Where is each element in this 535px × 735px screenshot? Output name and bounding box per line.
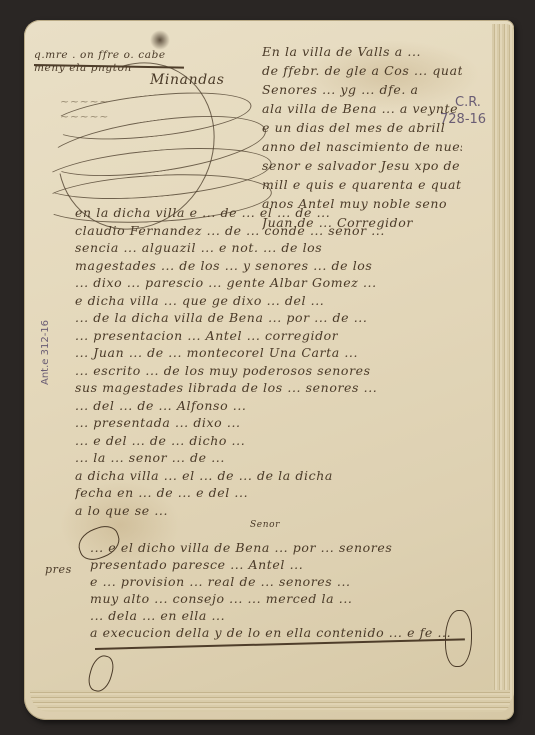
handwritten-line: ... del ... de ... Alfonso ... (75, 398, 247, 413)
crossed-text: ~~~~~ (60, 95, 109, 108)
page-stack-edge-right (492, 24, 514, 704)
center-note: Senor (250, 520, 280, 530)
signature-flourish (445, 610, 472, 667)
handwritten-line: ... dixo ... parescio ... gente Albar Go… (75, 275, 377, 290)
handwritten-line: senor e salvador Jesu xpo de (262, 158, 460, 173)
margin-note-top-left-1: q.mre . on ffre o. cabe (34, 49, 166, 61)
handwritten-line: ... escrito ... de los muy poderosos sen… (75, 363, 371, 378)
handwritten-line: Senores ... yg ... dfe. a (262, 82, 419, 97)
page-stack-edge-bottom (30, 690, 510, 712)
crossed-text: ~~~~~ (60, 110, 109, 123)
handwritten-line: ... e del ... de ... dicho ... (75, 433, 245, 448)
handwritten-line: ... presentada ... dixo ... (75, 415, 241, 430)
archive-ref-cr: C.R. (455, 95, 481, 110)
handwritten-line: presentado paresce ... Antel ... (90, 557, 303, 572)
handwritten-line: de ffebr. de gle a Cos ... quatro (262, 63, 462, 78)
handwritten-line: claudio Fernandez ... de ... conde ... s… (75, 223, 385, 238)
handwritten-line: ... la ... senor ... de ... (75, 450, 225, 465)
handwritten-line: ... dela ... en ella ... (90, 608, 225, 623)
handwritten-line: anno del nascimiento de nuestro (262, 139, 462, 154)
handwritten-line: e un dias del mes de abrill (262, 120, 445, 135)
handwritten-line: ... Juan ... de ... montecorel Una Carta… (75, 345, 358, 360)
handwritten-line: sencia ... alguazil ... e not. ... de lo… (75, 240, 322, 255)
archive-ref-number: 728-16 (440, 112, 486, 127)
handwritten-line: ... e el dicho villa de Bena ... por ...… (90, 540, 392, 555)
handwritten-line: mill e quis e quarenta e quatro (262, 177, 462, 192)
handwritten-line: a lo que se ... (75, 503, 168, 518)
handwritten-line: ala villa de Bena ... a veynte (262, 101, 458, 116)
handwritten-line: muy alto ... consejo ... ... merced la .… (90, 591, 353, 606)
handwritten-line: ... presentacion ... Antel ... corregido… (75, 328, 338, 343)
archive-ref-vertical: Ant.e 312-16 (40, 320, 51, 385)
handwritten-line: magestades ... de los ... y senores ... … (75, 258, 372, 273)
handwritten-line: en la dicha villa e ... de ... el ... de… (75, 205, 330, 220)
handwritten-line: a dicha villa ... el ... de ... de la di… (75, 468, 333, 483)
handwritten-line: En la villa de Valls a ... (262, 44, 421, 59)
handwritten-line: sus magestades librada de los ... senore… (75, 380, 377, 395)
left-margin-note: pres (45, 563, 72, 576)
ink-blot (150, 30, 170, 50)
handwritten-line: e ... provision ... real de ... senores … (90, 574, 351, 589)
handwritten-line: fecha en ... de ... e del ... (75, 485, 248, 500)
handwritten-line: a execucion della y de lo en ella conten… (90, 625, 451, 640)
handwritten-line: e dicha villa ... que ge dixo ... del ..… (75, 293, 324, 308)
handwritten-line: ... de la dicha villa de Bena ... por ..… (75, 310, 367, 325)
